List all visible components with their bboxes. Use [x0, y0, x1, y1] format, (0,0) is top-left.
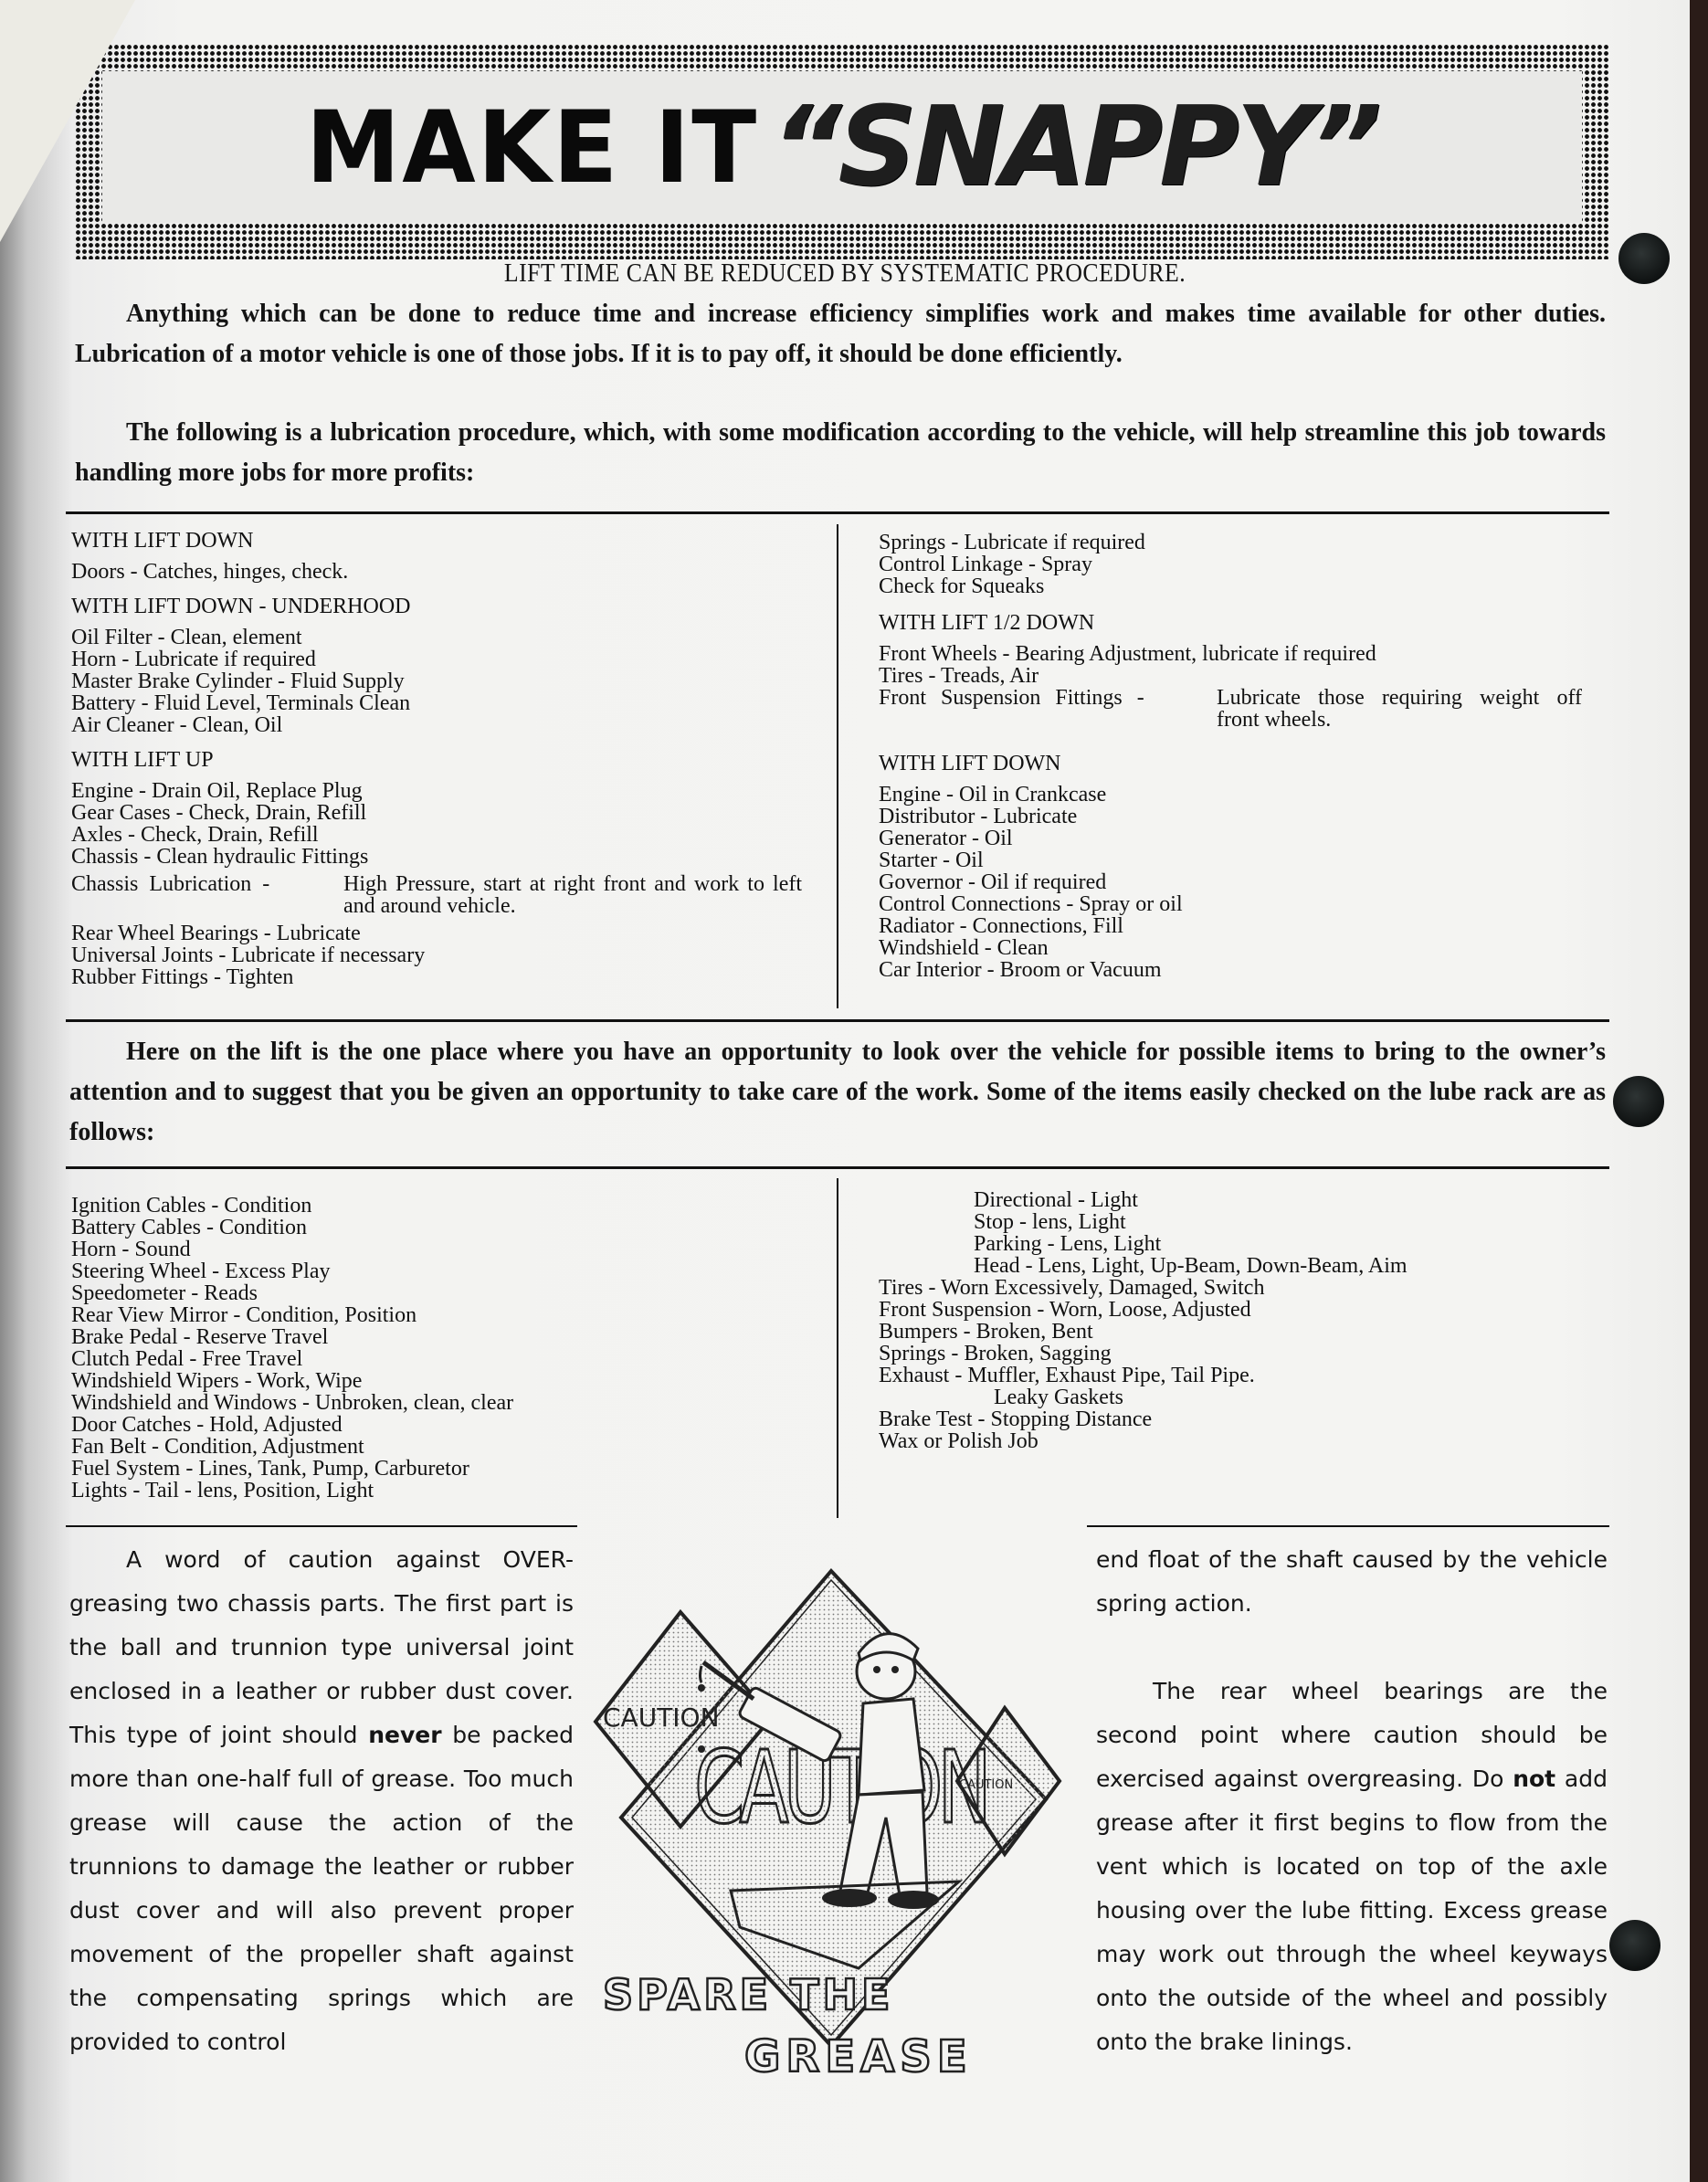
list-item: Universal Joints - Lubricate if necessar… — [71, 944, 802, 966]
procedure-left-column: WITH LIFT DOWN Doors - Catches, hinges, … — [71, 519, 802, 988]
list-item: Engine - Drain Oil, Replace Plug — [71, 780, 802, 802]
svg-text:CAUTION: CAUTION — [694, 1729, 986, 1846]
list-item: Tires - Worn Excessively, Damaged, Switc… — [879, 1277, 1609, 1299]
opportunity-paragraph: Here on the lift is the one place where … — [69, 1032, 1606, 1153]
section-heading: WITH LIFT DOWN - UNDERHOOD — [71, 596, 802, 617]
slogan-line-2: GREASE — [744, 2031, 973, 2082]
column-divider — [837, 524, 838, 1008]
caution-left-column: A word of caution against OVER-greasing … — [69, 1538, 574, 2064]
subtitle: LIFT TIME CAN BE REDUCED BY SYSTEMATIC P… — [68, 259, 1622, 289]
checklist-left-column: Ignition Cables - ConditionBattery Cable… — [71, 1195, 820, 1502]
slogan-line-1: SPARE THE — [603, 1970, 893, 2019]
list-item: Control Linkage - Spray — [879, 553, 1591, 575]
list-item: Exhaust - Muffler, Exhaust Pipe, Tail Pi… — [879, 1365, 1609, 1386]
list-item: Horn - Sound — [71, 1239, 820, 1260]
list-item: Ignition Cables - Condition — [71, 1195, 820, 1217]
column-divider — [837, 1178, 838, 1518]
lift-down-items: Doors - Catches, hinges, check. — [71, 561, 802, 583]
banner-emphasis: “SNAPPY” — [771, 84, 1378, 211]
lift-half-items: Front Wheels - Bearing Adjustment, lubri… — [879, 643, 1591, 687]
list-item: Chassis - Clean hydraulic Fittings — [71, 846, 802, 868]
lift-up-items-after: Rear Wheel Bearings - LubricateUniversal… — [71, 922, 802, 988]
punch-hole — [1609, 1920, 1661, 1971]
list-item: Horn - Lubricate if required — [71, 648, 802, 670]
list-item: Brake Test - Stopping Distance — [879, 1408, 1609, 1430]
list-item: Brake Pedal - Reserve Travel — [71, 1326, 820, 1348]
section-heading: WITH LIFT DOWN — [879, 753, 1591, 775]
banner-title: MAKE IT — [306, 89, 758, 206]
list-item: Springs - Broken, Sagging — [879, 1343, 1609, 1365]
list-item: Starter - Oil — [879, 849, 1591, 871]
list-item: Stop - lens, Light — [974, 1211, 1609, 1233]
section-heading: WITH LIFT DOWN — [71, 530, 802, 552]
divider — [66, 1019, 1609, 1022]
divider — [66, 511, 1609, 514]
list-item: Front Wheels - Bearing Adjustment, lubri… — [879, 643, 1591, 665]
list-item: Wax or Polish Job — [879, 1430, 1609, 1452]
intro-paragraph-1: Anything which can be done to reduce tim… — [75, 294, 1606, 374]
section-heading: WITH LIFT 1/2 DOWN — [879, 612, 1591, 634]
list-item: Windshield and Windows - Unbroken, clean… — [71, 1392, 820, 1414]
list-item: Directional - Light — [974, 1189, 1609, 1211]
list-item: Rear View Mirror - Condition, Position — [71, 1304, 820, 1326]
section-heading: WITH LIFT UP — [71, 749, 802, 771]
list-item: Door Catches - Hold, Adjusted — [71, 1414, 820, 1436]
lift-up-continued-items: Springs - Lubricate if requiredControl L… — [879, 532, 1591, 597]
punch-hole — [1618, 233, 1670, 284]
divider — [66, 1525, 577, 1527]
list-item: Fuel System - Lines, Tank, Pump, Carbure… — [71, 1458, 820, 1480]
list-item: Windshield Wipers - Work, Wipe — [71, 1370, 820, 1392]
checklist-item: Leaky Gaskets — [879, 1386, 1609, 1408]
list-item: Rubber Fittings - Tighten — [71, 966, 802, 988]
list-item: Battery Cables - Condition — [71, 1217, 820, 1239]
list-item: Air Cleaner - Clean, Oil — [71, 714, 802, 736]
list-item: Head - Lens, Light, Up-Beam, Down-Beam, … — [974, 1255, 1609, 1277]
intro-paragraph-2: The following is a lubrication procedure… — [75, 413, 1606, 493]
list-item: Clutch Pedal - Free Travel — [71, 1348, 820, 1370]
list-item: Lights - Tail - lens, Position, Light — [71, 1480, 820, 1502]
spare-the-grease-illustration: CAUTION CAUTION CAUTION SPARE THE GREASE — [585, 1553, 1078, 2101]
list-item: Control Connections - Spray or oil — [879, 893, 1591, 915]
list-item: Master Brake Cylinder - Fluid Supply — [71, 670, 802, 692]
list-item: Front Suspension - Worn, Loose, Adjusted — [879, 1299, 1609, 1321]
list-item: Distributor - Lubricate — [879, 806, 1591, 827]
list-item: Fan Belt - Condition, Adjustment — [71, 1436, 820, 1458]
list-item: Axles - Check, Drain, Refill — [71, 824, 802, 846]
list-item: Bumpers - Broken, Bent — [879, 1321, 1609, 1343]
list-item: Tires - Treads, Air — [879, 665, 1591, 687]
divider — [1087, 1525, 1609, 1527]
list-item: Rear Wheel Bearings - Lubricate — [71, 922, 802, 944]
punch-hole — [1613, 1076, 1664, 1127]
list-item: Generator - Oil — [879, 827, 1591, 849]
checklist-right-column: Directional - LightStop - lens, LightPar… — [879, 1189, 1609, 1452]
list-item: Doors - Catches, hinges, check. — [71, 561, 802, 583]
divider — [66, 1166, 1609, 1169]
title-banner: MAKE IT “SNAPPY” — [75, 44, 1609, 259]
document-page: MAKE IT “SNAPPY” LIFT TIME CAN BE REDUCE… — [0, 0, 1690, 2182]
lift-up-items: Engine - Drain Oil, Replace PlugGear Cas… — [71, 780, 802, 868]
chassis-lubrication-item: Chassis Lubrication - High Pressure, sta… — [71, 873, 802, 917]
procedure-right-column: Springs - Lubricate if requiredControl L… — [879, 532, 1591, 981]
caution-right-column: end float of the shaft caused by the veh… — [1096, 1538, 1608, 2064]
front-suspension-item: Front Suspension Fittings - Lubricate th… — [879, 687, 1591, 731]
list-item: Windshield - Clean — [879, 937, 1591, 959]
list-item: Parking - Lens, Light — [974, 1233, 1609, 1255]
list-item: Engine - Oil in Crankcase — [879, 784, 1591, 806]
list-item: Gear Cases - Check, Drain, Refill — [71, 802, 802, 824]
list-item: Steering Wheel - Excess Play — [71, 1260, 820, 1282]
underhood-items: Oil Filter - Clean, elementHorn - Lubric… — [71, 627, 802, 736]
list-item: Springs - Lubricate if required — [879, 532, 1591, 553]
list-item: Battery - Fluid Level, Terminals Clean — [71, 692, 802, 714]
list-item: Governor - Oil if required — [879, 871, 1591, 893]
lift-down-items: Engine - Oil in CrankcaseDistributor - L… — [879, 784, 1591, 981]
list-item: Speedometer - Reads — [71, 1282, 820, 1304]
list-item: Radiator - Connections, Fill — [879, 915, 1591, 937]
list-item: Car Interior - Broom or Vacuum — [879, 959, 1591, 981]
list-item: Check for Squeaks — [879, 575, 1591, 597]
list-item: Oil Filter - Clean, element — [71, 627, 802, 648]
